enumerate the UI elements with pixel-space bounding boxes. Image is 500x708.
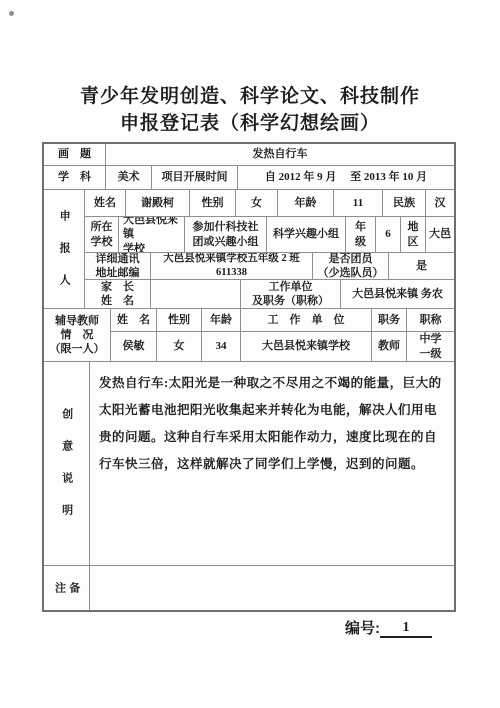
age-value: 11 (334, 190, 383, 216)
row-subject: 学 科 美术 项目开展时间 自 2012 年 9 月 至 2013 年 10 月 (44, 166, 454, 190)
scan-artifact-speck (9, 11, 14, 16)
tutor-age-value: 34 (202, 332, 241, 361)
tutor-name-header: 姓 名 (111, 309, 157, 331)
tutor-subtable: 姓 名 性别 年龄 工 作 单 位 职务 职称 侯敏 女 34 大邑县悦来镇学校… (111, 309, 454, 361)
tutor-name-value: 侯敏 (111, 332, 157, 361)
applicant-row-school: 所在 学校 大邑县悦来镇 学校 参加什科技社 团或兴趣小组 科学兴趣小组 年 级… (85, 217, 454, 253)
scanned-form-page: 青少年发明创造、科学论文、科技制作 申报登记表（科学幻想绘画） 画 题 发热自行… (0, 0, 500, 708)
tutor-duty-value: 教师 (372, 332, 407, 361)
tutor-duty-header: 职务 (372, 309, 407, 331)
form-title: 青少年发明创造、科学论文、科技制作 申报登记表（科学幻想绘画） (0, 83, 500, 137)
applicant-section: 申报人 姓名 谢殿柯 性别 女 年龄 11 民族 汉 所在 学校 大邑县悦来镇 … (44, 190, 454, 309)
subject-label: 学 科 (44, 166, 106, 189)
idea-section-label-text: 创意说明 (59, 391, 73, 536)
ethnicity-label: 民族 (383, 190, 426, 216)
applicant-subtable: 姓名 谢殿柯 性别 女 年龄 11 民族 汉 所在 学校 大邑县悦来镇 学校 参… (85, 190, 454, 308)
name-value: 谢殿柯 (126, 190, 190, 216)
form-title-line2: 申报登记表（科学幻想绘画） (0, 110, 500, 137)
club-value: 科学兴趣小组 (267, 217, 346, 252)
grade-label: 年 级 (346, 217, 376, 252)
form-title-line1: 青少年发明创造、科学论文、科技制作 (0, 83, 500, 110)
parent-name-value (151, 280, 241, 308)
address-value: 大邑县悦来镇学校五年级 2 班 611338 (151, 253, 313, 279)
remarks-section: 备注 (44, 566, 454, 610)
remarks-value (90, 566, 454, 610)
applicant-row-parent: 家 长 姓 名 工作单位 及职务（职称） 大邑县悦来镇 务农 (85, 280, 454, 308)
ethnicity-value: 汉 (426, 190, 454, 216)
subject-value: 美术 (106, 166, 152, 189)
tutor-age-header: 年龄 (202, 309, 241, 331)
period-value: 自 2012 年 9 月 至 2013 年 10 月 (238, 166, 454, 189)
gender-value: 女 (236, 190, 278, 216)
grade-value: 6 (376, 217, 401, 252)
district-value: 大邑 (426, 217, 454, 252)
tutor-value-row: 侯敏 女 34 大邑县悦来镇学校 教师 中学 一级 (111, 332, 454, 361)
parent-label: 家 长 姓 名 (85, 280, 151, 308)
parent-work-label: 工作单位 及职务（职称） (241, 280, 341, 308)
idea-text: 发热自行车:太阳光是一种取之不尽用之不竭的能量，巨大的太阳光蓄电池把阳光收集起来… (90, 362, 454, 565)
school-value: 大邑县悦来镇 学校 (119, 217, 185, 252)
tutor-gender-value: 女 (157, 332, 202, 361)
idea-section-label: 创意说明 (44, 362, 90, 565)
serial-value: 1 (380, 619, 432, 638)
tutor-gender-header: 性别 (157, 309, 202, 331)
tutor-title-header: 职称 (407, 309, 454, 331)
tutor-header-row: 姓 名 性别 年龄 工 作 单 位 职务 职称 (111, 309, 454, 332)
applicant-section-label-text: 申报人 (57, 192, 71, 305)
club-label: 参加什科技社 团或兴趣小组 (185, 217, 267, 252)
tutor-title-value: 中学 一级 (407, 332, 454, 361)
tutor-unit-value: 大邑县悦来镇学校 (241, 332, 372, 361)
form-table: 画 题 发热自行车 学 科 美术 项目开展时间 自 2012 年 9 月 至 2… (42, 142, 456, 612)
age-label: 年龄 (278, 190, 334, 216)
period-label: 项目开展时间 (152, 166, 238, 189)
serial-label: 编号: (345, 617, 380, 638)
member-label: 是否团员 （少选队员） (313, 253, 389, 279)
gender-label: 性别 (190, 190, 236, 216)
member-value: 是 (389, 253, 454, 279)
applicant-row-identity: 姓名 谢殿柯 性别 女 年龄 11 民族 汉 (85, 190, 454, 217)
remarks-section-label: 备注 (44, 566, 90, 610)
remarks-section-label-text: 备注 (52, 567, 81, 609)
school-label: 所在 学校 (85, 217, 119, 252)
applicant-row-address: 详细通讯 地址邮编 大邑县悦来镇学校五年级 2 班 611338 是否团员 （少… (85, 253, 454, 280)
topic-label: 画 题 (44, 144, 106, 165)
address-label: 详细通讯 地址邮编 (85, 253, 151, 279)
tutor-unit-header: 工 作 单 位 (241, 309, 372, 331)
parent-work-value: 大邑县悦来镇 务农 (341, 280, 454, 308)
name-label: 姓名 (85, 190, 126, 216)
tutor-section: 辅导教师 情 况 （限一人） 姓 名 性别 年龄 工 作 单 位 职务 职称 侯… (44, 309, 454, 362)
tutor-section-label: 辅导教师 情 况 （限一人） (44, 309, 111, 361)
row-topic: 画 题 发热自行车 (44, 144, 454, 166)
applicant-section-label: 申报人 (44, 190, 85, 308)
idea-section: 创意说明 发热自行车:太阳光是一种取之不尽用之不竭的能量，巨大的太阳光蓄电池把阳… (44, 362, 454, 566)
serial-number: 编号: 1 (345, 617, 432, 638)
district-label: 地 区 (401, 217, 426, 252)
topic-value: 发热自行车 (106, 144, 454, 165)
